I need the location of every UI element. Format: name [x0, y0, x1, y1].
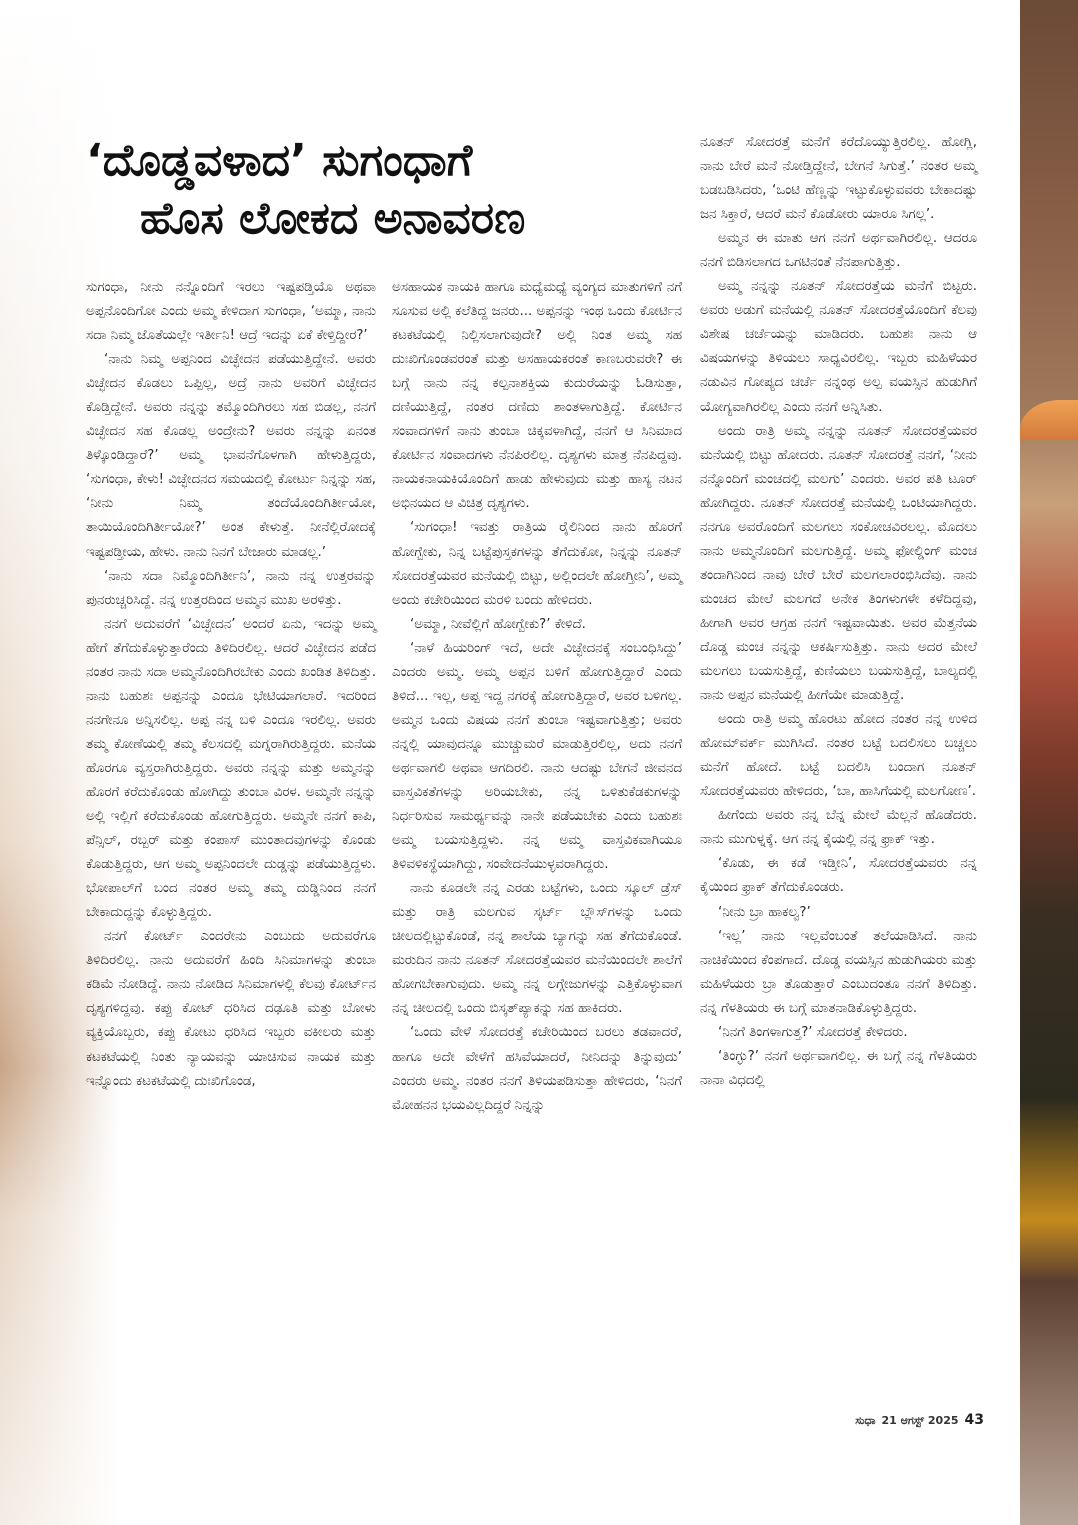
article-title: ‘ದೊಡ್ಡವಳಾದ’ ಸುಗಂಧಾಗೆ ಹೊಸ ಲೋಕದ ಅನಾವರಣ — [86, 132, 686, 248]
paragraph: ಅಮ್ಮ ನನ್ನನ್ನು ನೂತನ್ ಸೋದರತ್ತೆಯ ಮನೆಗೆ ಬಿಟ್… — [700, 275, 977, 419]
paragraph: ‘ನಿನಗೆ ತಿಂಗಳಾಗುತ್ತ?’ ಸೋದರತ್ತೆ ಕೇಳಿದರು. — [700, 1021, 977, 1045]
paragraph: ‘ಸುಗಂಧಾ! ಇವತ್ತು ರಾತ್ರಿಯ ರೈಲಿನಿಂದ ನಾನು ಹೊ… — [392, 516, 682, 612]
paragraph: ಹೀಗೆಂದು ಅವರು ನನ್ನ ಬೆನ್ನ ಮೇಲೆ ಮೆಲ್ಲನೆ ಹೊಡ… — [700, 804, 977, 852]
paragraph: ‘ಇಲ್ಲ’ ನಾನು ಇಲ್ಲವೆಂಬಂತೆ ತಲೆಯಾಡಿಸಿದೆ. ನಾನ… — [700, 925, 977, 1021]
article-title-line-2: ಹೊಸ ಲೋಕದ ಅನಾವರಣ — [86, 190, 686, 248]
background-illustration-right-edge — [1020, 0, 1078, 1525]
paragraph: ನನಗೆ ಅದುವರೆಗೆ ‘ವಿಚ್ಛೇದನ’ ಅಂದರೆ ಏನು, ಇದನ್… — [86, 613, 376, 926]
magazine-name: ಸುಧಾ — [855, 1414, 875, 1428]
page-footer: ಸುಧಾ 21 ಆಗಸ್ಟ್ 2025 43 — [855, 1412, 984, 1428]
article-column-2: ಅಸಹಾಯಕ ನಾಯಕಿ ಹಾಗೂ ಮಧ್ಯೆಮಧ್ಯೆ ವ್ಯಂಗ್ಯದ ಮಾ… — [392, 276, 682, 1118]
article-column-3: ನೂತನ್ ಸೋದರತ್ತೆ ಮನೆಗೆ ಕರೆದೊಯ್ಯುತ್ತಿರಲಿಲ್ಲ… — [700, 131, 977, 1093]
paragraph: ಅಮ್ಮನ ಈ ಮಾತು ಆಗ ನನಗೆ ಅರ್ಥವಾಗಿರಲಿಲ್ಲ. ಆದರ… — [700, 227, 977, 275]
issue-date: 21 ಆಗಸ್ಟ್ 2025 — [882, 1414, 959, 1428]
paragraph: ‘ಅಮ್ಮಾ, ನೀವೆಲ್ಲಿಗೆ ಹೋಗ್ಬೇಕು?’ ಕೇಳಿದೆ. — [392, 613, 682, 637]
paragraph: ಸುಗಂಧಾ, ನೀನು ನನ್ನೊಂದಿಗೆ ಇರಲು ಇಷ್ಟಪಡ್ತಿಯೊ… — [86, 276, 376, 348]
article-title-line-1: ‘ದೊಡ್ಡವಳಾದ’ ಸುಗಂಧಾಗೆ — [86, 132, 686, 190]
illustration-hat-shape — [1020, 400, 1078, 440]
article-column-1: ಸುಗಂಧಾ, ನೀನು ನನ್ನೊಂದಿಗೆ ಇರಲು ಇಷ್ಟಪಡ್ತಿಯೊ… — [86, 276, 376, 1094]
paragraph: ‘ಒಂದು ವೇಳೆ ಸೋದರತ್ತೆ ಕಚೇರಿಯಿಂದ ಬರಲು ತಡವಾದ… — [392, 1021, 682, 1117]
paragraph: ಅಸಹಾಯಕ ನಾಯಕಿ ಹಾಗೂ ಮಧ್ಯೆಮಧ್ಯೆ ವ್ಯಂಗ್ಯದ ಮಾ… — [392, 276, 682, 516]
paragraph: ನನಗೆ ಕೋರ್ಟ್ ಎಂದರೇನು ಎಂಬುದು ಅದುವರೆಗೂ ತಿಳಿ… — [86, 925, 376, 1093]
paragraph: ನಾನು ಕೂಡಲೇ ನನ್ನ ಎರಡು ಬಟ್ಟೆಗಳು, ಒಂದು ಸ್ಕೂ… — [392, 877, 682, 1021]
paragraph: ‘ತಿಂಗ್ಳು?’ ನನಗೆ ಅರ್ಥವಾಗಲಿಲ್ಲ. ಈ ಬಗ್ಗೆ ನನ… — [700, 1045, 977, 1093]
page-number: 43 — [965, 1412, 984, 1428]
paragraph: ಅಂದು ರಾತ್ರಿ ಅಮ್ಮ ನನ್ನನ್ನು ನೂತನ್ ಸೋದರತ್ತೆ… — [700, 420, 977, 709]
paragraph: ನೂತನ್ ಸೋದರತ್ತೆ ಮನೆಗೆ ಕರೆದೊಯ್ಯುತ್ತಿರಲಿಲ್ಲ… — [700, 131, 977, 227]
paragraph: ‘ನಾಳೆ ಹಿಯರಿಂಗ್ ಇದೆ, ಅದೇ ವಿಚ್ಛೇದನಕ್ಕೆ ಸಂಬ… — [392, 637, 682, 877]
paragraph: ಅಂದು ರಾತ್ರಿ ಅಮ್ಮ ಹೊರಟು ಹೋದ ನಂತರ ನನ್ನ ಉಳಿ… — [700, 708, 977, 804]
paragraph: ‘ಕೊಡು, ಈ ಕಡೆ ಇಡ್ತೀನಿ’, ಸೋದರತ್ತೆಯವರು ನನ್ನ… — [700, 852, 977, 900]
paragraph: ‘ನಾನು ನಿಮ್ಮ ಅಪ್ಪನಿಂದ ವಿಚ್ಛೇದನ ಪಡೆಯುತ್ತಿದ… — [86, 348, 376, 564]
paragraph: ‘ನಾನು ಸದಾ ನಿಮ್ಮೊಂದಿಗಿರ್ತೀನಿ’, ನಾನು ನನ್ನ … — [86, 565, 376, 613]
paragraph: ‘ನೀನು ಬ್ರಾ ಹಾಕಲ್ವ?’ — [700, 901, 977, 925]
